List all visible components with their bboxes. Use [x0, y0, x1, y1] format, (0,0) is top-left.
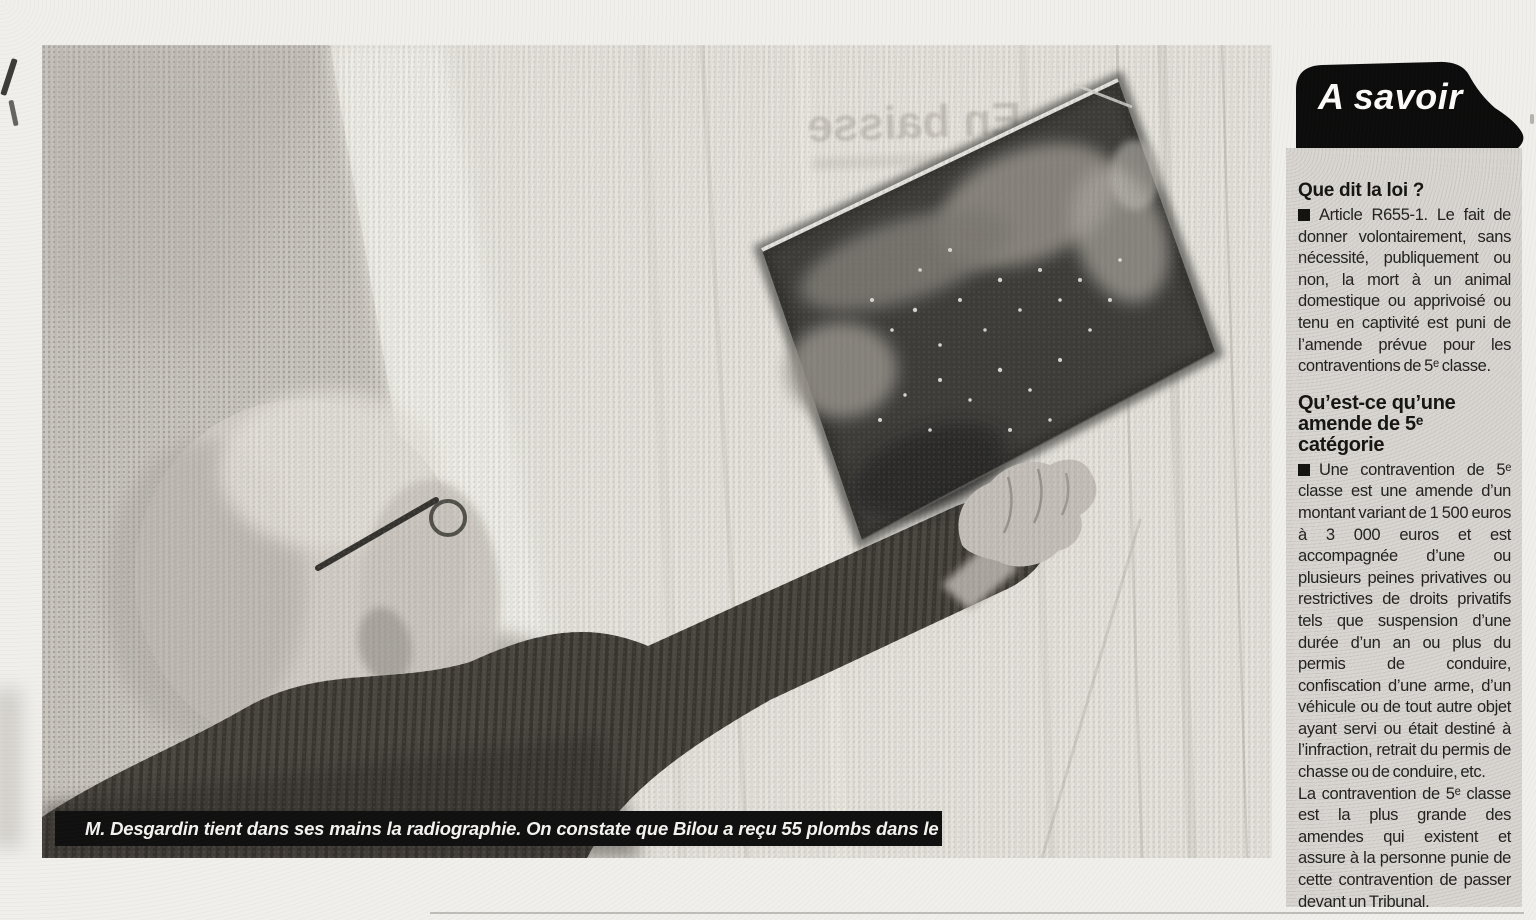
paragraph-text: La contravention de 5ᵉ classe est la plu…	[1298, 785, 1511, 911]
sidebar-section-law: Que dit la loi ? Article R655-1. Le fait…	[1298, 180, 1511, 378]
sidebar-panel: Que dit la loi ? Article R655-1. Le fait…	[1286, 148, 1522, 907]
rule-line	[430, 912, 1524, 914]
scan-artifact	[0, 58, 17, 96]
scan-artifact	[0, 688, 22, 848]
square-bullet-icon	[1298, 209, 1310, 221]
section-paragraph: La contravention de 5ᵉ classe est la plu…	[1298, 784, 1511, 914]
section-paragraph: Une contravention de 5ᵉ classe est une a…	[1298, 460, 1511, 784]
photo-illustration: En baisse	[42, 45, 1272, 858]
section-heading: Qu’est-ce qu’une amende de 5ᵉ catégorie	[1298, 393, 1511, 456]
paragraph-text: Article R655-1. Le fait de donner volont…	[1298, 206, 1511, 375]
scan-artifact	[8, 100, 18, 126]
section-paragraph: Article R655-1. Le fait de donner volont…	[1298, 205, 1511, 378]
sidebar-section-amende: Qu’est-ce qu’une amende de 5ᵉ catégorie …	[1298, 393, 1511, 913]
sidebar-tab-label: A savoir	[1318, 76, 1463, 118]
news-photo: En baisse	[42, 45, 1272, 858]
photo-caption: M. Desgardin tient dans ses mains la rad…	[55, 811, 942, 846]
scan-artifact	[1530, 114, 1534, 124]
paragraph-text: Une contravention de 5ᵉ classe est une a…	[1298, 461, 1511, 781]
square-bullet-icon	[1298, 464, 1310, 476]
section-heading: Que dit la loi ?	[1298, 180, 1511, 201]
sidebar-tab: A savoir	[1288, 56, 1530, 148]
